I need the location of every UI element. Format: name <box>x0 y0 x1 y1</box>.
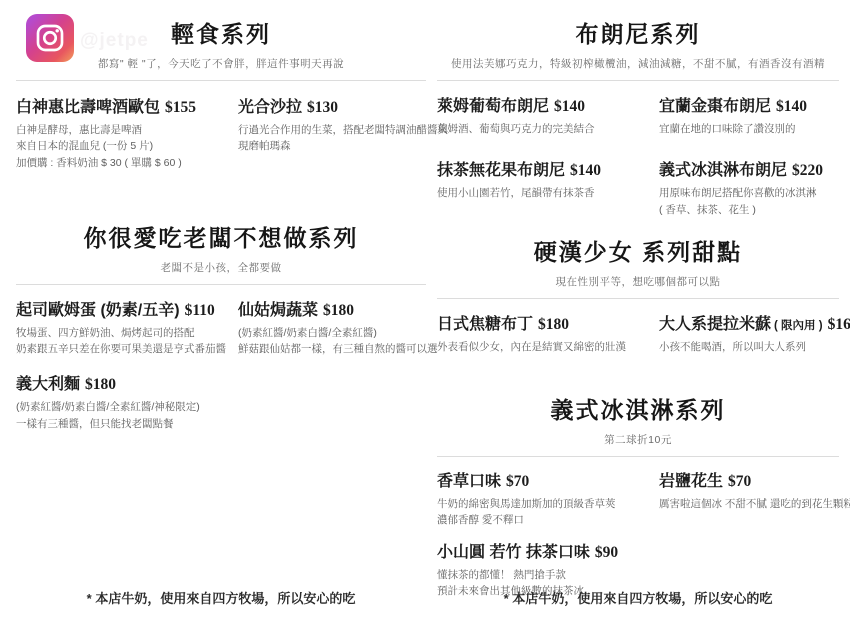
item-price: $70 <box>506 473 529 490</box>
gelato-items: 香草口味$70 牛奶的綿密與馬達加斯加的頂級香草莢 濃郁香醇 愛不釋口 岩鹽花生… <box>437 468 839 599</box>
item-desc-line: 鮮菇跟仙姑都一樣，有三種自熬的醬可以選 <box>238 341 438 357</box>
item-desc-line: 小孩不能喝酒，所以叫大人系列 <box>659 339 850 355</box>
light-food-items: 白神惠比壽啤酒歐包$155 白神是酵母，惠比壽是啤酒 來自日本的混血兒 (一份 … <box>16 94 426 171</box>
section-title: 輕食系列 <box>16 16 426 49</box>
menu-left-column: @jetpe 輕食系列 都寫" 輕 "了，今天吃了不會胖，胖這件事明天再說 白神… <box>16 0 426 432</box>
divider <box>437 80 839 81</box>
item-desc-line: 現磨帕瑪森 <box>238 138 448 154</box>
camera-glyph <box>34 22 66 54</box>
item-name: 日式焦糖布丁 <box>437 316 533 333</box>
item-desc-line: 萊姆酒、葡萄與巧克力的完美結合 <box>437 121 649 137</box>
section-dessert-header: 硬漢少女 系列甜點 現在性別平等，想吃哪個都可以點 <box>437 234 839 299</box>
milk-source-note-right: * 本店牛奶，使用來自四方牧場，所以安心的吃 <box>437 588 839 607</box>
item-desc-line: 牧場蛋、四方鮮奶油、焗烤起司的搭配 <box>16 325 228 341</box>
item-desc-line: 來自日本的混血兒 (一份 5 片) <box>16 138 228 154</box>
item-desc-line: 奶素跟五辛只差在你要可果美還是亨式番茄醬 <box>16 341 228 357</box>
instagram-icon <box>26 14 74 62</box>
item-name: 岩鹽花生 <box>659 473 723 490</box>
item-price: $180 <box>85 376 116 393</box>
item-price: $90 <box>595 544 618 561</box>
divider <box>16 80 426 81</box>
section-subtitle: 第二球折10元 <box>437 432 839 447</box>
item-desc-line: 白神是酵母，惠比壽是啤酒 <box>16 122 228 138</box>
section-subtitle: 現在性別平等，想吃哪個都可以點 <box>437 274 839 289</box>
menu-item-omelette: 起司歐姆蛋 (奶素/五辛)$110 牧場蛋、四方鮮奶油、焗烤起司的搭配 奶素跟五… <box>16 297 228 358</box>
item-desc-line: (奶素紅醬/奶素白醬/全素紅醬/神秘限定) <box>16 399 228 415</box>
menu-item-salt-peanut-gelato: 岩鹽花生$70 厲害啦這個冰 不甜不膩 還吃的到花生顆粒 <box>659 468 850 529</box>
item-desc-line: 加價購 : 香料奶油 $ 30 ( 單購 $ 60 ) <box>16 155 228 171</box>
item-desc-line: 懂抹茶的都懂！ 熱門搶手款 <box>437 567 649 583</box>
item-price: $180 <box>538 316 569 333</box>
item-name: 光合沙拉 <box>238 99 302 116</box>
section-boss-header: 你很愛吃老闆不想做系列 老闆不是小孩，全都要做 <box>16 220 426 285</box>
item-price: $160 <box>828 316 850 333</box>
item-desc-line: 厲害啦這個冰 不甜不膩 還吃的到花生顆粒 <box>659 496 850 512</box>
item-desc-line: 用原味布朗尼搭配你喜歡的冰淇淋 <box>659 185 839 201</box>
instagram-handle-watermark: @jetpe <box>80 30 149 52</box>
item-price: $155 <box>165 99 196 116</box>
section-gelato-header: 義式冰淇淋系列 第二球折10元 <box>437 392 839 457</box>
item-note: ( 限內用 ) <box>774 320 823 332</box>
divider <box>437 298 839 299</box>
section-light-food-header: 輕食系列 都寫" 輕 "了，今天吃了不會胖，胖這件事明天再說 <box>16 16 426 81</box>
menu-item-beer-bread: 白神惠比壽啤酒歐包$155 白神是酵母，惠比壽是啤酒 來自日本的混血兒 (一份 … <box>16 94 228 171</box>
item-desc-line: 濃郁香醇 愛不釋口 <box>437 512 649 528</box>
item-price: $140 <box>554 98 585 115</box>
menu-item-rum-raisin-brownie: 萊姆葡萄布朗尼$140 萊姆酒、葡萄與巧克力的完美結合 <box>437 93 649 137</box>
menu-item-pudding: 日式焦糖布丁$180 外表看似少女，內在是結實又綿密的壯漢 <box>437 311 649 355</box>
menu-item-tiramisu: 大人系提拉米蘇( 限內用 )$160 小孩不能喝酒，所以叫大人系列 <box>659 311 850 355</box>
item-name: 義式冰淇淋布朗尼 <box>659 162 787 179</box>
item-name: 白神惠比壽啤酒歐包 <box>16 99 160 116</box>
menu-item-gelato-brownie: 義式冰淇淋布朗尼$220 用原味布朗尼搭配你喜歡的冰淇淋 ( 香草、抹茶、花生 … <box>659 157 839 218</box>
item-name: 萊姆葡萄布朗尼 <box>437 98 549 115</box>
section-title: 義式冰淇淋系列 <box>437 392 839 425</box>
section-subtitle: 都寫" 輕 "了，今天吃了不會胖，胖這件事明天再說 <box>16 56 426 71</box>
milk-source-note-left: * 本店牛奶，使用來自四方牧場，所以安心的吃 <box>16 588 426 607</box>
item-name: 宜蘭金棗布朗尼 <box>659 98 771 115</box>
section-brownie-header: 布朗尼系列 使用法芙娜巧克力，特級初榨橄欖油，減油減糖，不甜不膩，有酒香沒有酒精 <box>437 16 839 81</box>
divider <box>437 456 839 457</box>
item-name: 大人系提拉米蘇 <box>659 316 771 333</box>
divider <box>16 284 426 285</box>
item-desc-line: 牛奶的綿密與馬達加斯加的頂級香草莢 <box>437 496 649 512</box>
menu-item-pasta: 義大利麵$180 (奶素紅醬/奶素白醬/全素紅醬/神秘限定) 一樣有三種醬，但只… <box>16 371 228 432</box>
item-name: 抹茶無花果布朗尼 <box>437 162 565 179</box>
item-price: $220 <box>792 162 823 179</box>
menu-item-vanilla-gelato: 香草口味$70 牛奶的綿密與馬達加斯加的頂級香草莢 濃郁香醇 愛不釋口 <box>437 468 649 529</box>
dessert-items: 日式焦糖布丁$180 外表看似少女，內在是結實又綿密的壯漢 大人系提拉米蘇( 限… <box>437 311 839 355</box>
item-desc-line: ( 香草、抹茶、花生 ) <box>659 202 839 218</box>
item-name: 義大利麵 <box>16 376 80 393</box>
menu-item-kumquat-brownie: 宜蘭金棗布朗尼$140 宜蘭在地的口味除了讚沒別的 <box>659 93 839 137</box>
menu-item-salad: 光合沙拉$130 行過光合作用的生菜，搭配老闆特調油醋醬與 現磨帕瑪森 <box>238 94 448 171</box>
menu-item-baked-veggies: 仙姑焗蔬菜$180 (奶素紅醬/奶素白醬/全素紅醬) 鮮菇跟仙姑都一樣，有三種自… <box>238 297 438 358</box>
item-desc-line: (奶素紅醬/奶素白醬/全素紅醬) <box>238 325 438 341</box>
boss-series-items: 起司歐姆蛋 (奶素/五辛)$110 牧場蛋、四方鮮奶油、焗烤起司的搭配 奶素跟五… <box>16 297 426 432</box>
item-desc-line: 使用小山園若竹，尾韻帶有抹茶香 <box>437 185 649 201</box>
item-desc-line: 外表看似少女，內在是結實又綿密的壯漢 <box>437 339 649 355</box>
item-price: $180 <box>323 302 354 319</box>
menu-item-matcha-fig-brownie: 抹茶無花果布朗尼$140 使用小山園若竹，尾韻帶有抹茶香 <box>437 157 649 218</box>
item-price: $140 <box>570 162 601 179</box>
item-price: $110 <box>185 302 215 319</box>
item-desc-line: 行過光合作用的生菜，搭配老闆特調油醋醬與 <box>238 122 448 138</box>
item-desc-line: 宜蘭在地的口味除了讚沒別的 <box>659 121 839 137</box>
item-desc-line: 一樣有三種醬，但只能找老闆點餐 <box>16 416 228 432</box>
item-name: 起司歐姆蛋 (奶素/五辛) <box>16 302 180 319</box>
section-title: 你很愛吃老闆不想做系列 <box>16 220 426 253</box>
item-name: 仙姑焗蔬菜 <box>238 302 318 319</box>
item-name: 香草口味 <box>437 473 501 490</box>
item-name: 小山圓 若竹 抹茶口味 <box>437 544 590 561</box>
section-subtitle: 老闆不是小孩，全都要做 <box>16 260 426 275</box>
item-price: $140 <box>776 98 807 115</box>
section-title: 硬漢少女 系列甜點 <box>437 234 839 267</box>
menu-right-column: 布朗尼系列 使用法芙娜巧克力，特級初榨橄欖油，減油減糖，不甜不膩，有酒香沒有酒精… <box>437 0 839 599</box>
brownie-items: 萊姆葡萄布朗尼$140 萊姆酒、葡萄與巧克力的完美結合 宜蘭金棗布朗尼$140 … <box>437 93 839 218</box>
section-subtitle: 使用法芙娜巧克力，特級初榨橄欖油，減油減糖，不甜不膩，有酒香沒有酒精 <box>437 56 839 71</box>
item-price: $130 <box>307 99 338 116</box>
section-title: 布朗尼系列 <box>437 16 839 49</box>
item-price: $70 <box>728 473 751 490</box>
